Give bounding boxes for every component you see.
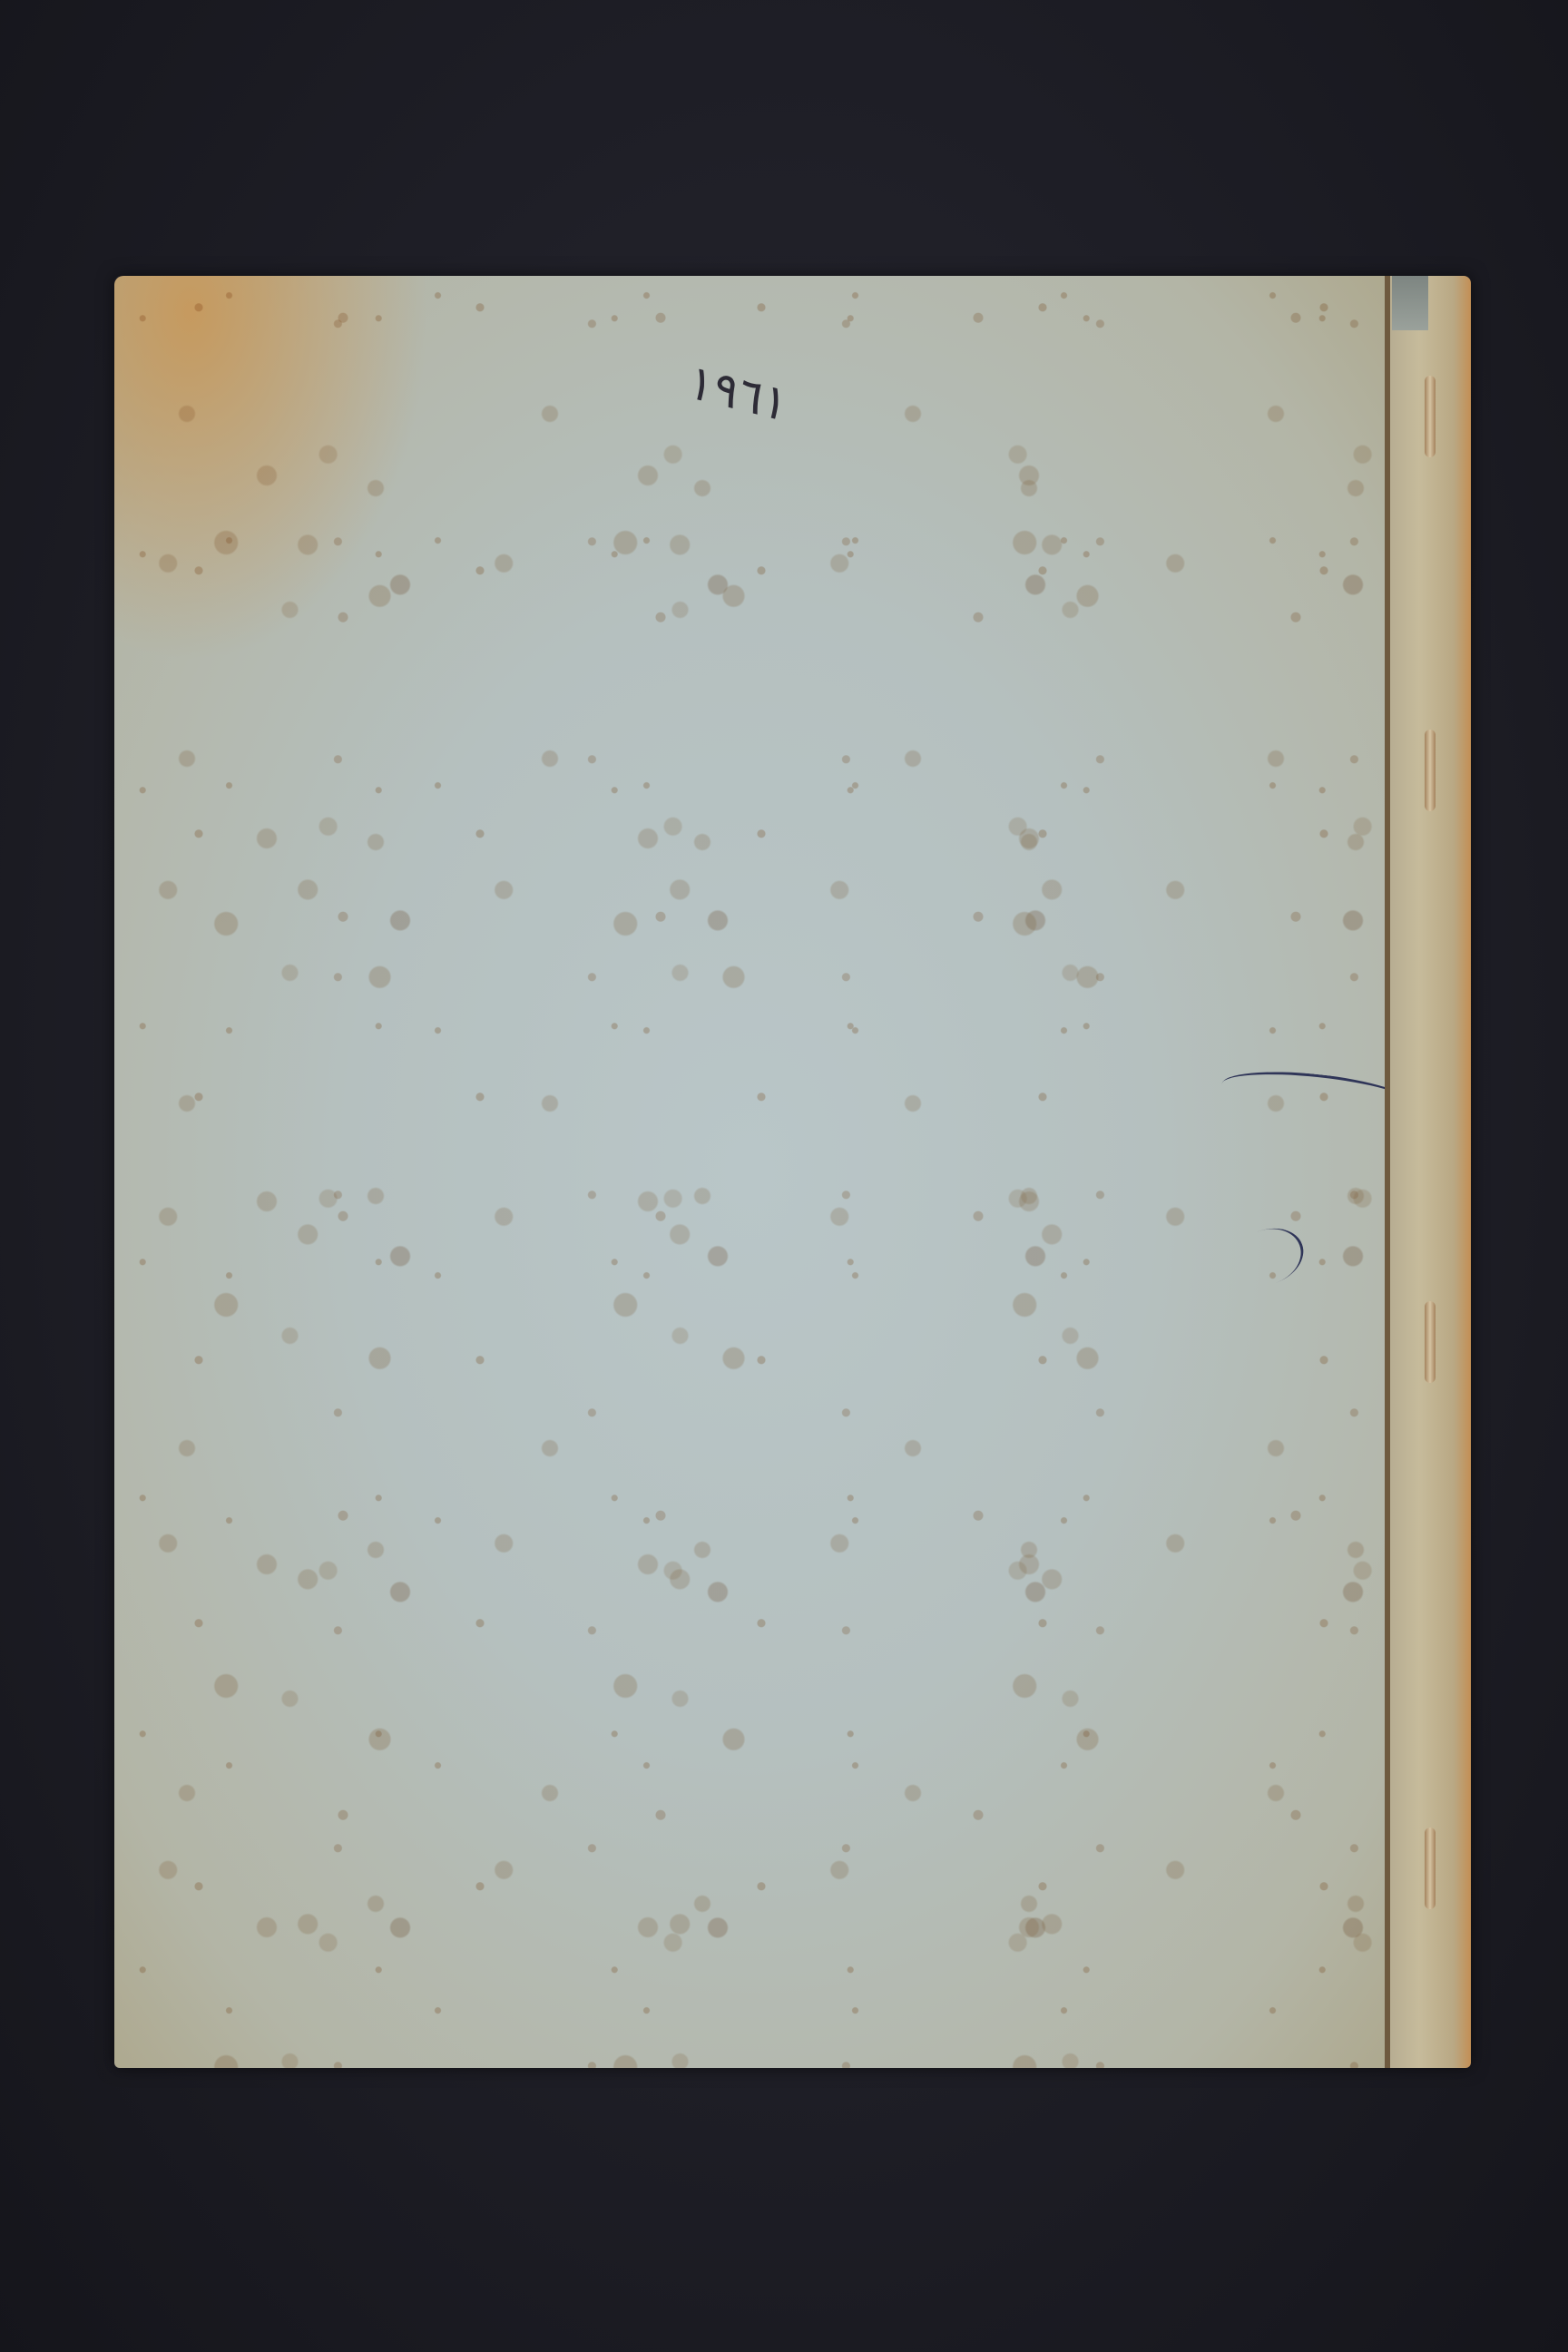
staple-icon xyxy=(1425,1301,1436,1383)
booklet: ١٩٦١ xyxy=(114,276,1471,2068)
pen-mark-line xyxy=(1220,1064,1385,1123)
staple-icon xyxy=(1425,730,1436,811)
spine-tape xyxy=(1392,276,1428,330)
back-cover: ١٩٦١ xyxy=(114,276,1385,2068)
staple-icon xyxy=(1425,376,1436,457)
spine xyxy=(1385,276,1471,2068)
staple-icon xyxy=(1425,1828,1436,1909)
handwritten-year: ١٩٦١ xyxy=(682,355,794,432)
pen-mark-curve xyxy=(1222,1219,1312,1296)
